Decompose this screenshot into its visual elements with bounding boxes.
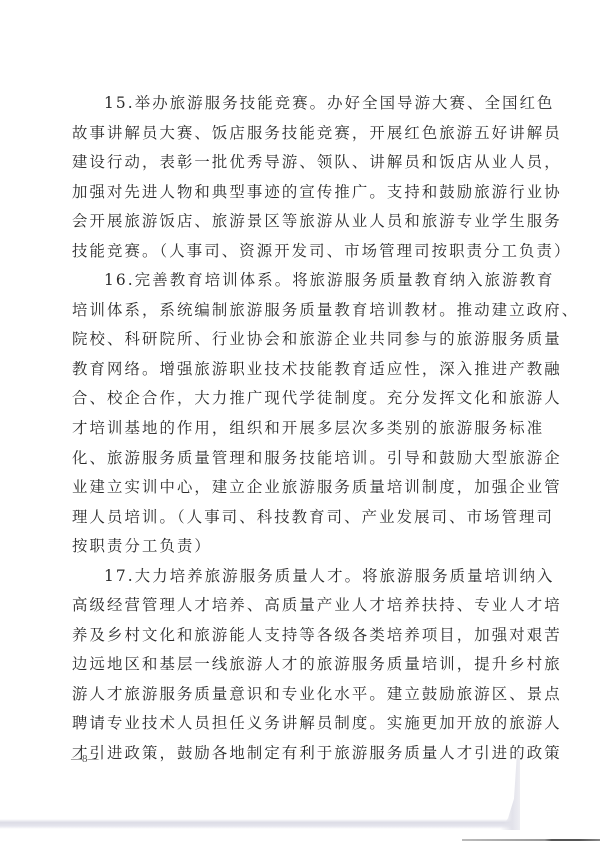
document-page: 15.举办旅游服务技能竞赛。办好全国导游大赛、全国红色 故事讲解员大赛、饭店服务…	[0, 0, 600, 841]
text-line: 建设行动，表彰一批优秀导游、领队、讲解员和饭店从业人员，	[72, 148, 518, 178]
text-line: 故事讲解员大赛、饭店服务技能竞赛，开展红色旅游五好讲解员	[72, 119, 518, 149]
text-line: 会开展旅游饭店、旅游景区等旅游从业人员和旅游专业学生服务	[72, 207, 518, 237]
paragraph-17: 17.大力培养旅游服务质量人才。将旅游服务质量培训纳入 高级经营管理人才培养、高…	[72, 562, 518, 769]
text-line: 游人才旅游服务质量意识和专业化水平。建立鼓励旅游区、景点	[72, 680, 518, 710]
text-line: 业建立实训中心，建立企业旅游服务质量培训制度，加强企业管	[72, 473, 518, 503]
text-line: 按职责分工负责）	[72, 532, 518, 562]
text-line: 16.完善教育培训体系。将旅游服务质量教育纳入旅游教育	[72, 266, 518, 296]
scan-edge-shadow-bottom	[0, 819, 515, 829]
text-line: 技能竞赛。（人事司、资源开发司、市场管理司按职责分工负责）	[72, 237, 518, 267]
text-line: 才培训基地的作用，组织和开展多层次多类别的旅游服务标准	[72, 414, 518, 444]
text-line: 加强对先进人物和典型事迹的宣传推广。支持和鼓励旅游行业协	[72, 178, 518, 208]
text-line: 才引进政策，鼓励各地制定有利于旅游服务质量人才引进的政策	[72, 739, 518, 769]
text-line: 15.举办旅游服务技能竞赛。办好全国导游大赛、全国红色	[72, 89, 518, 119]
text-line: 17.大力培养旅游服务质量人才。将旅游服务质量培训纳入	[72, 562, 518, 592]
text-line: 聘请专业技术人员担任义务讲解员制度。实施更加开放的旅游人	[72, 709, 518, 739]
text-line: 边远地区和基层一线旅游人才的旅游服务质量培训，提升乡村旅	[72, 650, 518, 680]
paragraph-15: 15.举办旅游服务技能竞赛。办好全国导游大赛、全国红色 故事讲解员大赛、饭店服务…	[72, 89, 518, 266]
text-line: 理人员培训。（人事司、科技教育司、产业发展司、市场管理司	[72, 503, 518, 533]
text-line: 高级经营管理人才培养、高质量产业人才培养扶持、专业人才培	[72, 591, 518, 621]
paragraph-16: 16.完善教育培训体系。将旅游服务质量教育纳入旅游教育 培训体系，系统编制旅游服…	[72, 266, 518, 561]
text-line: 院校、科研院所、行业协会和旅游企业共同参与的旅游服务质量	[72, 325, 518, 355]
text-line: 培训体系，系统编制旅游服务质量教育培训教材。推动建立政府、	[72, 296, 518, 326]
body-text: 15.举办旅游服务技能竞赛。办好全国导游大赛、全国红色 故事讲解员大赛、饭店服务…	[72, 89, 518, 769]
text-line: 养及乡村文化和旅游能人支持等各级各类培养项目，加强对艰苦	[72, 621, 518, 651]
text-line: 合、校企合作，大力推广现代学徒制度。充分发挥文化和旅游人	[72, 384, 518, 414]
text-line: 化、旅游服务质量管理和服务技能培训。引导和鼓励大型旅游企	[72, 444, 518, 474]
page-number: —8—	[71, 753, 99, 765]
text-line: 教育网络。增强旅游职业技术技能教育适应性，深入推进产教融	[72, 355, 518, 385]
